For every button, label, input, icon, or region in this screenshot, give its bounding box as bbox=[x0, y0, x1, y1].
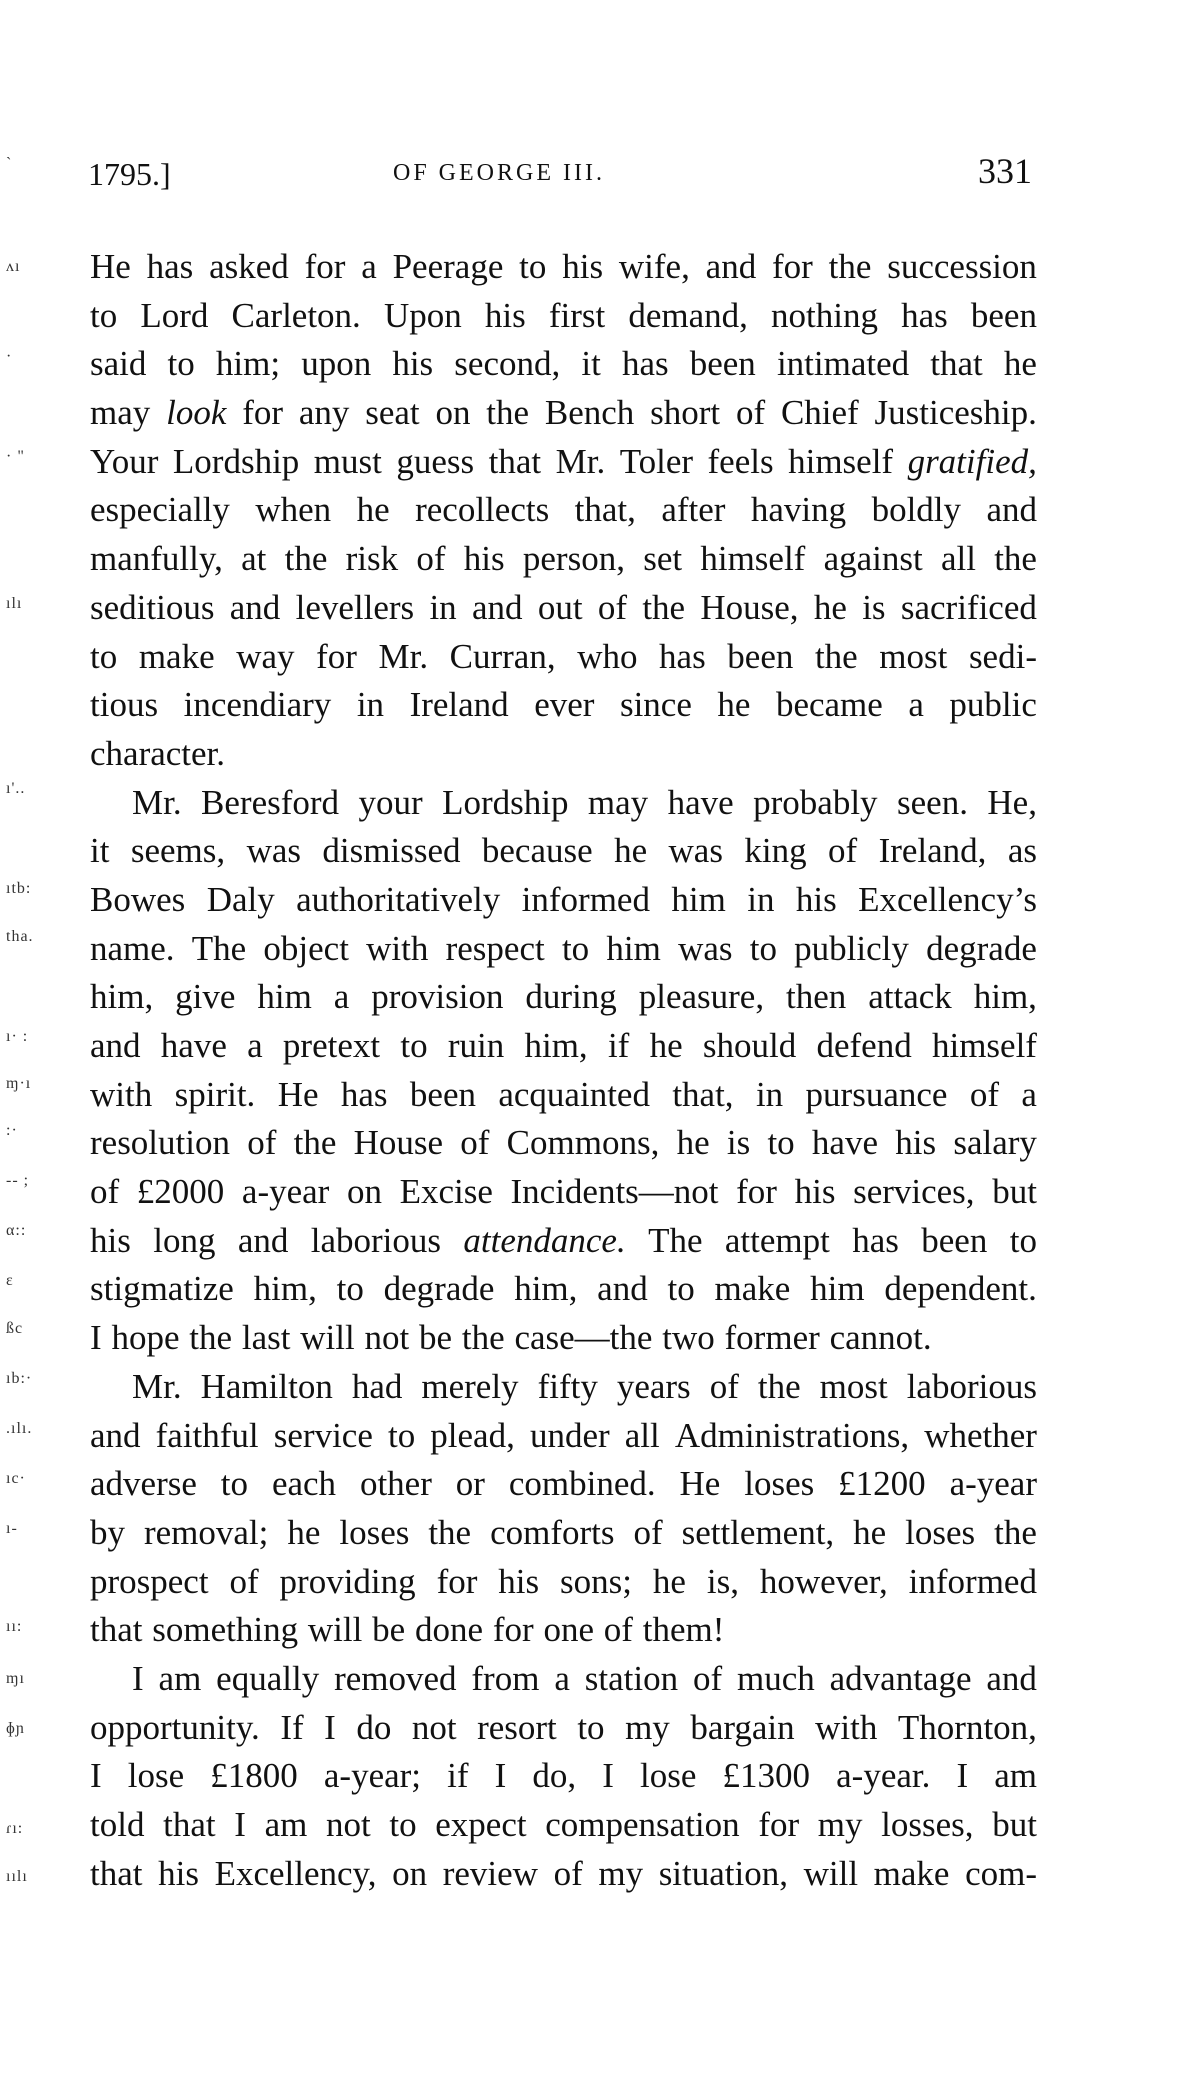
word: king bbox=[744, 827, 806, 876]
word: and bbox=[90, 1022, 141, 1071]
word: the bbox=[486, 389, 529, 438]
paragraph: Mr.BeresfordyourLordshipmayhaveprobablys… bbox=[90, 779, 1037, 1363]
word: Incidents—not bbox=[511, 1168, 719, 1217]
word: and bbox=[230, 584, 281, 633]
word: am bbox=[994, 1752, 1037, 1801]
word: have bbox=[812, 1119, 878, 1168]
text-line: toLordCarleton.Uponhisfirstdemand,nothin… bbox=[90, 292, 1037, 341]
word: probably bbox=[753, 779, 877, 828]
word: pleasure, bbox=[639, 973, 764, 1022]
word: Excise bbox=[400, 1168, 493, 1217]
word: him bbox=[257, 973, 311, 1022]
word: became bbox=[776, 681, 883, 730]
word: that, bbox=[672, 1071, 733, 1120]
word: with bbox=[366, 925, 428, 974]
margin-artifact: ɸɲ bbox=[6, 1720, 25, 1738]
word: £2000 bbox=[137, 1168, 225, 1217]
word: at bbox=[241, 535, 266, 584]
word: years bbox=[617, 1363, 691, 1412]
word: he bbox=[287, 1509, 320, 1558]
word: I bbox=[132, 1655, 144, 1704]
word: to bbox=[168, 340, 195, 389]
text-line: maylookforanyseatontheBenchshortofChiefJ… bbox=[90, 389, 1037, 438]
text-line: andfaithfulservicetoplead,underallAdmini… bbox=[90, 1412, 1037, 1461]
word: I bbox=[90, 1314, 102, 1363]
word: ever bbox=[534, 681, 594, 730]
word: merely bbox=[421, 1363, 518, 1412]
word: providing bbox=[280, 1558, 416, 1607]
word: public bbox=[949, 681, 1036, 730]
word: in bbox=[357, 681, 384, 730]
word: defend bbox=[816, 1022, 911, 1071]
word: long bbox=[153, 1217, 215, 1266]
word: laborious bbox=[907, 1363, 1037, 1412]
margin-artifact: tha. bbox=[6, 928, 34, 946]
word: he bbox=[677, 1119, 710, 1168]
word: of bbox=[736, 389, 765, 438]
word: him, bbox=[524, 1022, 587, 1071]
word: combined. bbox=[509, 1460, 656, 1509]
word: is bbox=[862, 584, 885, 633]
word: fifty bbox=[538, 1363, 598, 1412]
word: settlement, bbox=[682, 1509, 835, 1558]
word: for bbox=[437, 1558, 478, 1607]
word: has bbox=[852, 1217, 899, 1266]
word: your bbox=[359, 779, 423, 828]
word: loses bbox=[339, 1509, 409, 1558]
word: because bbox=[482, 827, 593, 876]
word: be bbox=[419, 1314, 452, 1363]
word: equally bbox=[216, 1655, 319, 1704]
word: should bbox=[703, 1022, 796, 1071]
margin-artifact: ε bbox=[6, 1272, 14, 1290]
word: his bbox=[485, 292, 526, 341]
word: £1800 bbox=[210, 1752, 298, 1801]
word: of bbox=[598, 584, 627, 633]
word: not bbox=[326, 1801, 371, 1850]
word: advantage bbox=[830, 1655, 972, 1704]
word: of bbox=[828, 827, 857, 876]
word: two bbox=[662, 1314, 715, 1363]
word: the bbox=[815, 633, 858, 682]
word: had bbox=[352, 1363, 403, 1412]
text-line: thathisExcellency,onreviewofmysituation,… bbox=[90, 1850, 1037, 1899]
margin-artifact: ıtb: bbox=[6, 880, 31, 898]
word: nothing bbox=[771, 292, 878, 341]
word: himself bbox=[788, 438, 893, 487]
text-line: toldthatIamnottoexpectcompensationformyl… bbox=[90, 1801, 1037, 1850]
word: wife, bbox=[619, 243, 690, 292]
word: done bbox=[415, 1606, 483, 1655]
word: him, bbox=[254, 1265, 317, 1314]
word: Upon bbox=[384, 292, 462, 341]
word: been bbox=[921, 1217, 987, 1266]
word: his bbox=[562, 243, 603, 292]
header-running-title: OF GEORGE III. bbox=[393, 160, 605, 187]
word: review bbox=[443, 1850, 538, 1899]
text-line: adversetoeachotherorcombined.Heloses£120… bbox=[90, 1460, 1037, 1509]
word: of bbox=[554, 1850, 583, 1899]
word: to bbox=[767, 1119, 794, 1168]
word: of bbox=[416, 535, 445, 584]
word: on bbox=[347, 1168, 382, 1217]
word: that bbox=[90, 1850, 142, 1899]
word: Mr. bbox=[378, 633, 428, 682]
word: Ireland, bbox=[879, 827, 987, 876]
margin-artifact: ßc bbox=[6, 1320, 23, 1338]
word: service bbox=[274, 1412, 373, 1461]
word: himself bbox=[932, 1022, 1037, 1071]
page-number: 331 bbox=[978, 150, 1032, 192]
word: having bbox=[751, 486, 846, 535]
word: Lord bbox=[140, 292, 208, 341]
word: Bench bbox=[545, 389, 634, 438]
word: and bbox=[238, 1217, 289, 1266]
word: to bbox=[668, 1265, 695, 1314]
word: I bbox=[234, 1801, 246, 1850]
word: any bbox=[299, 389, 350, 438]
word: upon bbox=[301, 340, 371, 389]
word: under bbox=[530, 1412, 610, 1461]
word: salary bbox=[953, 1119, 1037, 1168]
word: Your bbox=[90, 438, 158, 487]
word: has bbox=[341, 1071, 388, 1120]
word: House bbox=[354, 1119, 443, 1168]
word: levellers bbox=[296, 584, 415, 633]
word: name. bbox=[90, 925, 175, 974]
word: and bbox=[597, 1265, 648, 1314]
word: I bbox=[90, 1752, 102, 1801]
word: loses bbox=[905, 1509, 975, 1558]
word: however, bbox=[760, 1558, 888, 1607]
word: in bbox=[429, 584, 456, 633]
word: the bbox=[189, 1314, 232, 1363]
margin-artifact: ` bbox=[6, 155, 12, 173]
word: manfully, bbox=[90, 535, 223, 584]
word: to bbox=[519, 243, 546, 292]
word: respect bbox=[446, 925, 545, 974]
word: character. bbox=[90, 730, 225, 779]
margin-artifact: ɱı bbox=[6, 1670, 25, 1688]
word: to bbox=[389, 1801, 416, 1850]
text-line: him,givehimaprovisionduringpleasure,then… bbox=[90, 973, 1037, 1022]
word: in bbox=[756, 1071, 783, 1120]
word: Lordship bbox=[173, 438, 299, 487]
word: Peerage bbox=[393, 243, 504, 292]
word: he bbox=[653, 1558, 686, 1607]
word: the bbox=[642, 584, 685, 633]
word: Hamilton bbox=[201, 1363, 333, 1412]
word: second, bbox=[454, 340, 560, 389]
word: the bbox=[994, 1509, 1037, 1558]
word: a-year. bbox=[836, 1752, 930, 1801]
word: of bbox=[90, 1168, 119, 1217]
word: and bbox=[472, 584, 523, 633]
word: faithful bbox=[156, 1412, 259, 1461]
word: will bbox=[300, 1314, 354, 1363]
word: the bbox=[285, 535, 328, 584]
word: a bbox=[361, 243, 377, 292]
word: He bbox=[680, 1460, 721, 1509]
word: if bbox=[608, 1022, 629, 1071]
margin-artifact: ıc· bbox=[6, 1470, 26, 1488]
word: I bbox=[956, 1752, 968, 1801]
word: on bbox=[392, 1850, 427, 1899]
word: sacrificed bbox=[901, 584, 1037, 633]
word: him, bbox=[90, 973, 153, 1022]
word: he bbox=[614, 827, 647, 876]
margin-artifact: ɾı: bbox=[6, 1820, 23, 1838]
running-header: 1795.] OF GEORGE III. 331 bbox=[88, 150, 1032, 190]
text-line: character. bbox=[90, 730, 1037, 779]
word: He, bbox=[987, 779, 1037, 828]
word: said bbox=[90, 340, 146, 389]
word: and bbox=[706, 243, 757, 292]
word: most bbox=[879, 633, 947, 682]
text-line: Ilose£1800a-year;ifIdo,Ilose£1300a-year.… bbox=[90, 1752, 1037, 1801]
word: the bbox=[994, 535, 1037, 584]
margin-artifact: ıb:· bbox=[6, 1370, 32, 1388]
word: was bbox=[678, 925, 732, 974]
word: to bbox=[90, 292, 117, 341]
word: his bbox=[464, 535, 505, 584]
word: Chief bbox=[781, 389, 859, 438]
word: succession bbox=[887, 243, 1037, 292]
word: tious bbox=[90, 681, 158, 730]
word: stigmatize bbox=[90, 1265, 234, 1314]
text-line: seditiousandlevellersinandoutoftheHouse,… bbox=[90, 584, 1037, 633]
word: one bbox=[543, 1606, 594, 1655]
word: them! bbox=[643, 1606, 725, 1655]
word: was bbox=[247, 827, 301, 876]
word: and bbox=[986, 486, 1037, 535]
word: seditious bbox=[90, 584, 214, 633]
word: his bbox=[795, 1168, 836, 1217]
word: person, bbox=[523, 535, 625, 584]
word: for bbox=[305, 243, 346, 292]
word: hope bbox=[111, 1314, 179, 1363]
word: £1200 bbox=[838, 1460, 926, 1509]
word: told bbox=[90, 1801, 144, 1850]
word: him, bbox=[974, 973, 1037, 1022]
margin-artifact: · " bbox=[6, 448, 25, 466]
word: losses, bbox=[881, 1801, 973, 1850]
word: removal; bbox=[144, 1509, 268, 1558]
word: must bbox=[314, 438, 382, 487]
text-line: Mr.BeresfordyourLordshipmayhaveprobablys… bbox=[90, 779, 1037, 828]
word: bargain bbox=[690, 1704, 794, 1753]
word: a-year bbox=[950, 1460, 1037, 1509]
word: make bbox=[139, 633, 215, 682]
word: situation, bbox=[659, 1850, 788, 1899]
word: for bbox=[772, 243, 813, 292]
word: prospect bbox=[90, 1558, 209, 1607]
word: during bbox=[525, 973, 616, 1022]
word: will bbox=[804, 1850, 858, 1899]
word: £1300 bbox=[723, 1752, 811, 1801]
word: not bbox=[365, 1314, 410, 1363]
margin-artifact: ı'.. bbox=[6, 780, 25, 798]
word: Commons, bbox=[507, 1119, 660, 1168]
word: Lordship bbox=[442, 779, 568, 828]
word: who bbox=[577, 633, 637, 682]
word: of bbox=[970, 1071, 999, 1120]
word: a bbox=[554, 1655, 570, 1704]
word: that bbox=[930, 340, 982, 389]
text-line: BowesDalyauthoritativelyinformedhiminhis… bbox=[90, 876, 1037, 925]
word: that bbox=[163, 1801, 215, 1850]
word: laborious bbox=[311, 1217, 441, 1266]
margin-artifact: · bbox=[6, 348, 12, 366]
word: attack bbox=[868, 973, 952, 1022]
word: that bbox=[489, 438, 541, 487]
word: The bbox=[648, 1217, 702, 1266]
word: give bbox=[175, 973, 235, 1022]
word: the bbox=[428, 1509, 471, 1558]
word: especially bbox=[90, 486, 230, 535]
text-line: Mr.Hamiltonhadmerelyfiftyyearsofthemostl… bbox=[90, 1363, 1037, 1412]
word: short bbox=[650, 389, 720, 438]
word: for bbox=[316, 633, 357, 682]
word: the bbox=[758, 1363, 801, 1412]
word: a-year; bbox=[324, 1752, 421, 1801]
word: his bbox=[158, 1850, 199, 1899]
word: but bbox=[992, 1801, 1037, 1850]
margin-artifact: ı· : bbox=[6, 1028, 28, 1046]
word: his bbox=[90, 1217, 131, 1266]
word: make bbox=[874, 1850, 950, 1899]
word: that, bbox=[575, 486, 636, 535]
italic-word: look bbox=[166, 389, 226, 438]
word: with bbox=[90, 1071, 152, 1120]
word: been bbox=[727, 633, 793, 682]
word: then bbox=[786, 973, 846, 1022]
word: was bbox=[669, 827, 723, 876]
word: acquainted bbox=[498, 1071, 650, 1120]
word: against bbox=[824, 535, 923, 584]
word: for bbox=[493, 1606, 534, 1655]
word: since bbox=[620, 681, 692, 730]
text-line: of£2000a-yearonExciseIncidents—notforhis… bbox=[90, 1168, 1037, 1217]
text-line: opportunity.IfIdonotresorttomybargainwit… bbox=[90, 1704, 1037, 1753]
word: compensation bbox=[545, 1801, 739, 1850]
margin-artifact: ıılı bbox=[6, 1868, 28, 1886]
word: boldly bbox=[872, 486, 961, 535]
word: He bbox=[90, 243, 131, 292]
word: to bbox=[750, 925, 777, 974]
text-line: stigmatizehim,todegradehim,andtomakehimd… bbox=[90, 1265, 1037, 1314]
text-line: itseems,wasdismissedbecausehewaskingofIr… bbox=[90, 827, 1037, 876]
word: his bbox=[895, 1119, 936, 1168]
paragraph: Mr.Hamiltonhadmerelyfiftyyearsofthemostl… bbox=[90, 1363, 1037, 1655]
word: him, bbox=[514, 1265, 577, 1314]
text-line: saidtohim;uponhissecond,ithasbeenintimat… bbox=[90, 340, 1037, 389]
word: degrade bbox=[384, 1265, 495, 1314]
word: out bbox=[538, 584, 583, 633]
word: of bbox=[710, 1363, 739, 1412]
word: to bbox=[90, 633, 117, 682]
word: he bbox=[814, 584, 847, 633]
word: of bbox=[604, 1606, 633, 1655]
word: by bbox=[90, 1509, 125, 1558]
word: of bbox=[633, 1509, 662, 1558]
word: I bbox=[324, 1704, 336, 1753]
word: the bbox=[829, 243, 872, 292]
word: recollects bbox=[415, 486, 549, 535]
word: demand, bbox=[628, 292, 748, 341]
word: do, bbox=[532, 1752, 576, 1801]
text-line: thatsomethingwillbedoneforoneofthem! bbox=[90, 1606, 1037, 1655]
word: it bbox=[90, 827, 109, 876]
word: when bbox=[255, 486, 331, 535]
word: removed bbox=[334, 1655, 456, 1704]
italic-word: gratified, bbox=[908, 438, 1037, 487]
word: spirit. bbox=[175, 1071, 256, 1120]
word: way bbox=[236, 633, 294, 682]
word: all bbox=[625, 1412, 660, 1461]
word: Mr. bbox=[132, 1363, 182, 1412]
word: Toler bbox=[620, 438, 693, 487]
word: to bbox=[337, 1265, 364, 1314]
word: Curran, bbox=[450, 633, 556, 682]
word: he bbox=[853, 1509, 886, 1558]
word: may bbox=[588, 779, 648, 828]
word: comforts bbox=[490, 1509, 614, 1558]
word: has bbox=[147, 243, 194, 292]
word: a bbox=[247, 1022, 263, 1071]
word: former bbox=[725, 1314, 820, 1363]
word: Mr. bbox=[556, 438, 606, 487]
word: have bbox=[161, 1022, 227, 1071]
text-line: tiousincendiaryinIrelandeversincehebecam… bbox=[90, 681, 1037, 730]
word: am bbox=[159, 1655, 202, 1704]
word: resort bbox=[477, 1704, 557, 1753]
word: a bbox=[334, 973, 350, 1022]
word: expect bbox=[435, 1801, 526, 1850]
word: cannot. bbox=[830, 1314, 932, 1363]
word: that bbox=[90, 1606, 142, 1655]
word: my bbox=[818, 1801, 863, 1850]
word: it bbox=[581, 340, 600, 389]
word: resolution bbox=[90, 1119, 230, 1168]
word: I bbox=[602, 1752, 614, 1801]
word: his bbox=[498, 1558, 539, 1607]
word: all bbox=[941, 535, 976, 584]
text-line: Ihopethelastwillnotbethecase—thetwoforme… bbox=[90, 1314, 1037, 1363]
word: set bbox=[643, 535, 682, 584]
word: Bowes bbox=[90, 876, 185, 925]
word: is bbox=[727, 1119, 750, 1168]
word: to bbox=[400, 1022, 427, 1071]
margin-artifact: -- ; bbox=[6, 1172, 29, 1190]
word: degrade bbox=[926, 925, 1037, 974]
word: a bbox=[1021, 1071, 1037, 1120]
word: for bbox=[758, 1801, 799, 1850]
word: from bbox=[471, 1655, 539, 1704]
word: lose bbox=[640, 1752, 696, 1801]
word: seen. bbox=[897, 779, 968, 828]
text-line: tomakewayforMr.Curran,whohasbeenthemosts… bbox=[90, 633, 1037, 682]
word: after bbox=[661, 486, 725, 535]
word: him; bbox=[216, 340, 280, 389]
word: am bbox=[265, 1801, 308, 1850]
word: something bbox=[152, 1606, 298, 1655]
word: first bbox=[549, 292, 605, 341]
word: the bbox=[462, 1314, 505, 1363]
word: asked bbox=[209, 243, 289, 292]
word: my bbox=[625, 1704, 670, 1753]
word: have bbox=[668, 779, 734, 828]
